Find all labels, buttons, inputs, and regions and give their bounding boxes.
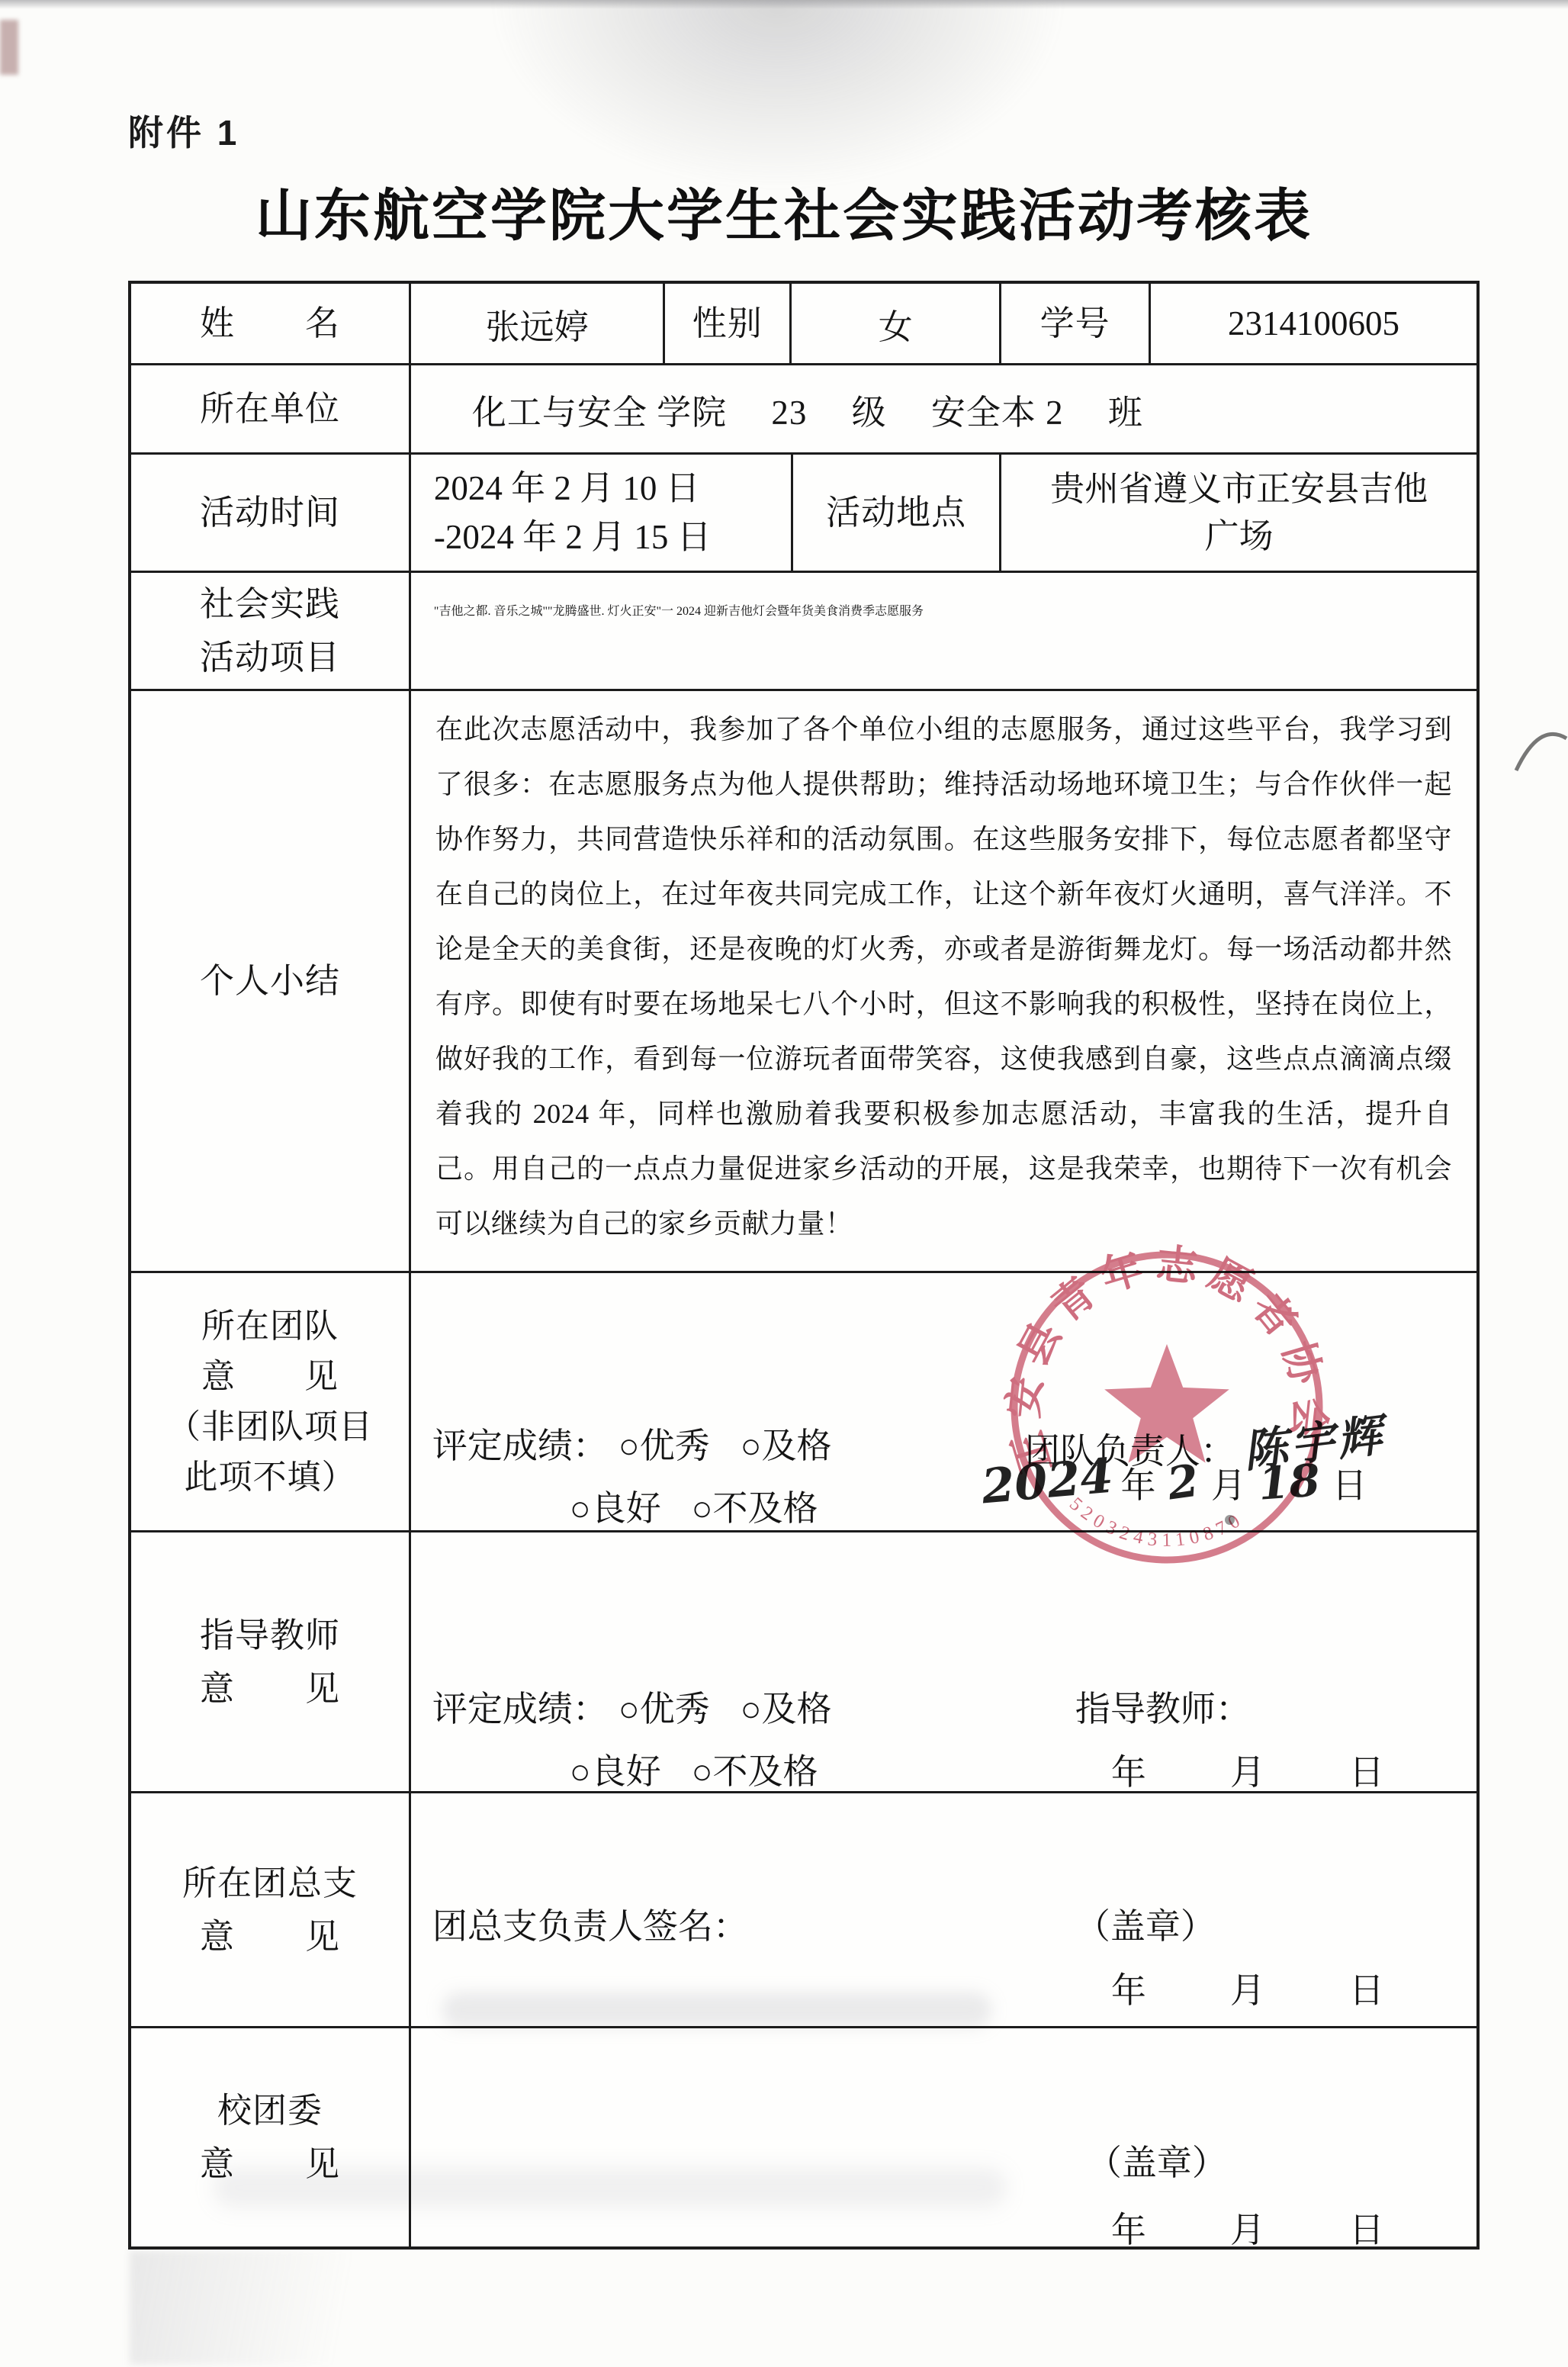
- place-label: 活动地点: [793, 455, 1001, 571]
- gender-label: 性别: [665, 284, 792, 363]
- scanned-form-page: 附件 1 山东航空学院大学生社会实践活动考核表 姓 名 张远婷 性别 女 学号 …: [0, 0, 1568, 2367]
- place-value: 贵州省遵义市正安县吉他 广场: [1001, 455, 1476, 571]
- row-project: 社会实践 活动项目 "吉他之都. 音乐之城""龙腾盛世. 灯火正安"一 2024…: [131, 573, 1476, 691]
- grade-option-pass: ○及格: [741, 1426, 832, 1465]
- project-label: 社会实践 活动项目: [131, 573, 411, 689]
- branch-seal-label: （盖章）: [1075, 1899, 1216, 1949]
- name-label: 姓 名: [131, 284, 411, 363]
- form-title: 山东航空学院大学生社会实践活动考核表: [0, 171, 1568, 252]
- row-time-place: 活动时间 2024 年 2 月 10 日 -2024 年 2 月 15 日 活动…: [131, 455, 1476, 573]
- grade-option-fail: ○不及格: [692, 1752, 818, 1791]
- summary-label: 个人小结: [131, 691, 411, 1271]
- branch-date-blank: 年 月 日: [1111, 1963, 1389, 2013]
- scan-streak-bottom-left: [130, 2250, 458, 2365]
- grade-label: 评定成绩：: [432, 1426, 608, 1465]
- name-value: 张远婷: [411, 284, 665, 363]
- row-committee-opinion: 校团委 意 见 （盖章） 年 月 日: [131, 2028, 1476, 2246]
- team-grade-line-1: 评定成绩：○优秀○及格: [432, 1418, 832, 1468]
- branch-sign-label: 团总支负责人签名：: [432, 1899, 748, 1949]
- student-id-value: 2314100605: [1151, 284, 1476, 363]
- committee-opinion-body: （盖章） 年 月 日: [411, 2028, 1476, 2246]
- branch-opinion-label: 所在团总支 意 见: [131, 1793, 411, 2026]
- row-unit: 所在单位 化工与安全 学院 23 级 安全本 2 班: [131, 365, 1476, 455]
- unit-label: 所在单位: [131, 365, 411, 452]
- grade-option-excellent: ○优秀: [619, 1690, 710, 1729]
- teacher-opinion-label: 指导教师 意 见: [131, 1532, 411, 1791]
- teacher-grade-line-1: 评定成绩：○优秀○及格: [432, 1681, 832, 1732]
- attachment-label: 附件 1: [128, 105, 239, 156]
- gender-value: 女: [792, 284, 1001, 363]
- branch-opinion-body: 团总支负责人签名： （盖章） 年 月 日: [411, 1793, 1476, 2026]
- team-grade-line-2: ○良好○不及格: [570, 1481, 818, 1531]
- teacher-sign-label: 指导教师：: [1075, 1681, 1251, 1732]
- time-label: 活动时间: [131, 455, 411, 571]
- grade-option-excellent: ○优秀: [619, 1426, 710, 1465]
- grade-option-fail: ○不及格: [692, 1489, 818, 1528]
- teacher-date-blank: 年 月 日: [1111, 1745, 1389, 1795]
- unit-value: 化工与安全 学院 23 级 安全本 2 班: [411, 365, 1476, 452]
- pen-curve-mark: [1513, 719, 1568, 781]
- time-value: 2024 年 2 月 10 日 -2024 年 2 月 15 日: [411, 455, 793, 571]
- row-branch-opinion: 所在团总支 意 见 团总支负责人签名： （盖章） 年 月 日: [131, 1793, 1476, 2028]
- grade-option-pass: ○及格: [741, 1690, 832, 1729]
- grade-option-good: ○良好: [570, 1489, 661, 1528]
- teacher-grade-line-2: ○良好○不及格: [570, 1744, 818, 1794]
- row-summary: 个人小结 在此次志愿活动中，我参加了各个单位小组的志愿服务，通过这些平台，我学习…: [131, 691, 1476, 1273]
- committee-seal-label: （盖章）: [1087, 2135, 1227, 2185]
- stamp-star-icon: [1104, 1344, 1229, 1463]
- grade-label: 评定成绩：: [432, 1690, 608, 1729]
- summary-value: 在此次志愿活动中，我参加了各个单位小组的志愿服务，通过这些平台，我学习到了很多：…: [411, 691, 1476, 1271]
- project-value: "吉他之都. 音乐之城""龙腾盛世. 灯火正安"一 2024 迎新吉他灯会暨年货…: [411, 573, 1476, 689]
- student-id-label: 学号: [1001, 284, 1151, 363]
- official-stamp: 正安县青年志愿者协会 5203243110870: [988, 1228, 1346, 1587]
- scan-smudge-top: [488, 0, 1068, 191]
- scan-corner-mark: [0, 20, 18, 75]
- committee-date-blank: 年 月 日: [1111, 2202, 1389, 2253]
- team-opinion-label: 所在团队 意 见 （非团队项目 此项不填）: [131, 1273, 411, 1530]
- row-identity: 姓 名 张远婷 性别 女 学号 2314100605: [131, 284, 1476, 365]
- grade-option-good: ○良好: [570, 1752, 661, 1791]
- scan-edge-line: [0, 0, 1568, 9]
- committee-opinion-label: 校团委 意 见: [131, 2028, 411, 2246]
